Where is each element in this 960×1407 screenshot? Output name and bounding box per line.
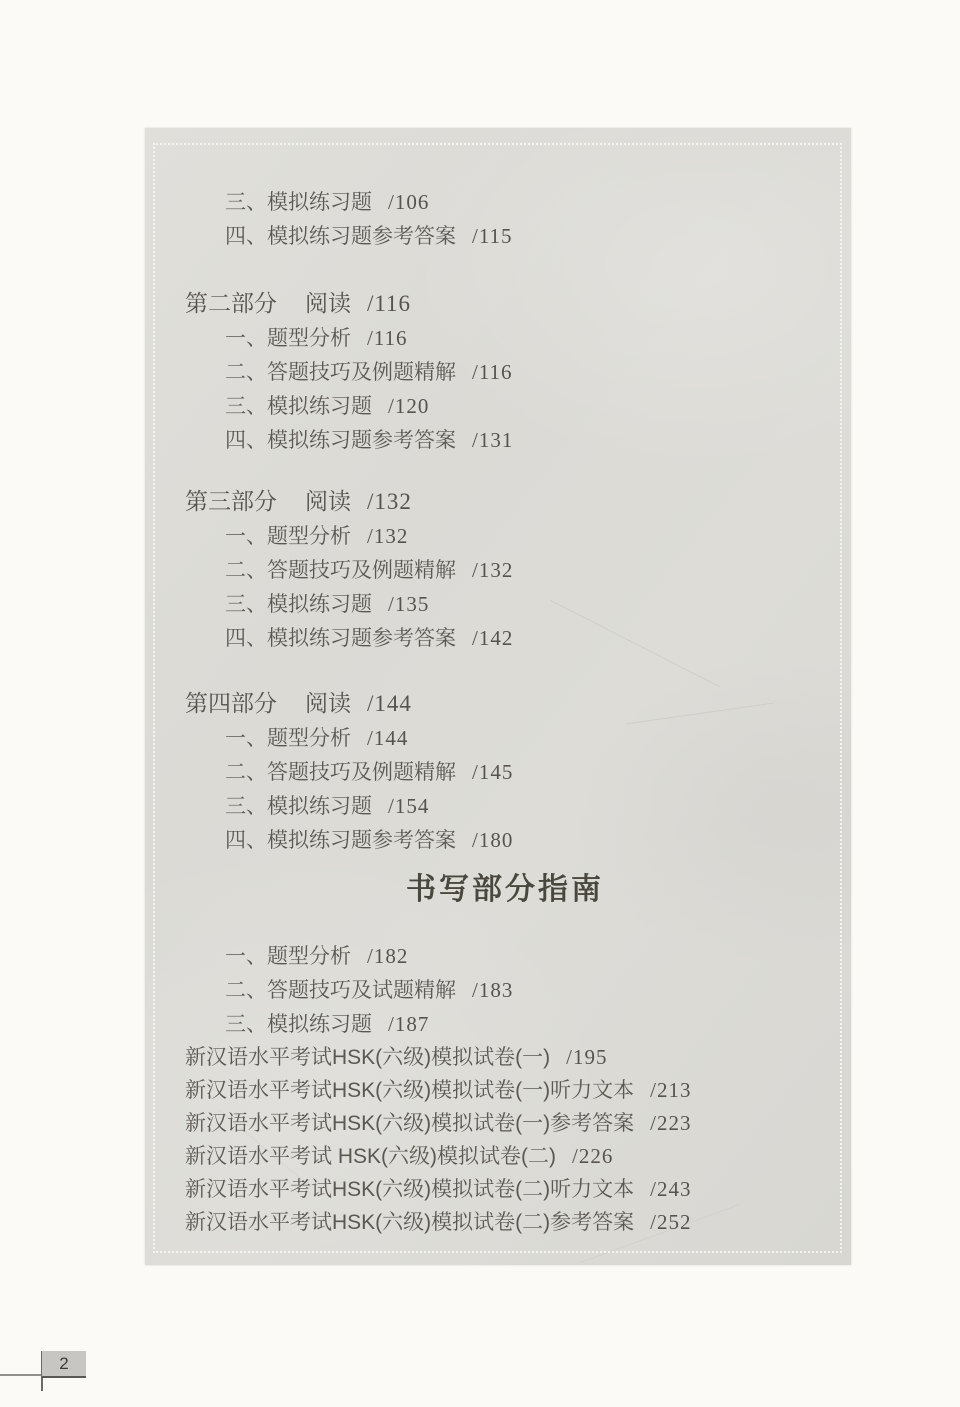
- toc-entry: 新汉语水平考试 HSK(六级)模拟试卷(二)/226: [185, 1140, 825, 1173]
- toc-entry-label: 新汉语水平考试HSK(六级)模拟试卷(一)听力文本: [185, 1079, 634, 1102]
- toc-entry: 三、模拟练习题/154: [185, 789, 825, 823]
- section-title-text: 第三部分: [185, 488, 277, 514]
- toc-entry-label: 二、答题技巧及例题精解: [225, 761, 456, 784]
- toc-entry-page: /252: [650, 1210, 691, 1234]
- toc-entry-label: 四、模拟练习题参考答案: [225, 829, 456, 852]
- toc-entry-label: 新汉语水平考试HSK(六级)模拟试卷(一): [185, 1046, 550, 1069]
- toc-entry-label: 三、模拟练习题: [225, 191, 372, 214]
- toc-entry-label: 四、模拟练习题参考答案: [225, 627, 456, 650]
- toc-entry-page: /116: [472, 360, 513, 384]
- section-title: 第三部分阅读/132: [185, 483, 825, 519]
- toc-entry-page: /144: [367, 726, 408, 750]
- toc-entry-page: /145: [472, 760, 513, 784]
- toc-entry-page: /195: [566, 1045, 607, 1069]
- toc-entry-page: /120: [388, 394, 429, 418]
- toc-entry: 二、答题技巧及例题精解/116: [185, 355, 825, 389]
- toc-entry-label: 二、答题技巧及例题精解: [225, 559, 456, 582]
- toc-entry: 新汉语水平考试HSK(六级)模拟试卷(一)/195: [185, 1041, 825, 1074]
- toc-entry-page: /243: [650, 1177, 691, 1201]
- toc-entry-label: 二、答题技巧及试题精解: [225, 979, 456, 1002]
- toc-entry: 一、题型分析/144: [185, 721, 825, 755]
- section-page: /144: [367, 691, 412, 716]
- section-subtitle: 阅读: [305, 488, 351, 514]
- toc-entry: 四、模拟练习题参考答案/142: [185, 621, 825, 655]
- toc-entry-label: 一、题型分析: [225, 525, 351, 548]
- toc-entry-page: /213: [650, 1078, 691, 1102]
- toc-entry: 三、模拟练习题/120: [185, 389, 825, 423]
- toc-entry: 二、答题技巧及例题精解/132: [185, 553, 825, 587]
- toc-entry: 四、模拟练习题参考答案/115: [185, 219, 825, 253]
- toc-entry-label: 一、题型分析: [225, 945, 351, 968]
- toc-entry-page: /142: [472, 626, 513, 650]
- toc-entry: 新汉语水平考试HSK(六级)模拟试卷(二)听力文本/243: [185, 1173, 825, 1206]
- toc-entry-label: 三、模拟练习题: [225, 593, 372, 616]
- toc-entry: 三、模拟练习题/135: [185, 587, 825, 621]
- section-page: /132: [367, 489, 412, 514]
- toc-entry-page: /226: [572, 1144, 613, 1168]
- toc-entry: 三、模拟练习题/187: [185, 1007, 825, 1041]
- section-page: /116: [367, 291, 411, 316]
- toc-entry: 三、模拟练习题/106: [185, 185, 825, 219]
- toc-entry-label: 三、模拟练习题: [225, 395, 372, 418]
- section-title: 第二部分阅读/116: [185, 285, 825, 321]
- toc-entry-page: /132: [472, 558, 513, 582]
- toc-entry-label: 四、模拟练习题参考答案: [225, 225, 456, 248]
- toc-entry-page: /116: [367, 326, 408, 350]
- toc-entry-label: 三、模拟练习题: [225, 795, 372, 818]
- toc-entry-label: 三、模拟练习题: [225, 1013, 372, 1036]
- toc-entry-page: /131: [472, 428, 513, 452]
- page-number-badge: 2: [42, 1351, 86, 1378]
- toc-entry-label: 四、模拟练习题参考答案: [225, 429, 456, 452]
- toc-entry: 二、答题技巧及例题精解/145: [185, 755, 825, 789]
- toc-entry: 二、答题技巧及试题精解/183: [185, 973, 825, 1007]
- table-of-contents: 三、模拟练习题/106 四、模拟练习题参考答案/115 第二部分阅读/116 一…: [185, 185, 825, 1239]
- toc-entry-page: /182: [367, 944, 408, 968]
- toc-entry: 四、模拟练习题参考答案/131: [185, 423, 825, 457]
- toc-entry-page: /135: [388, 592, 429, 616]
- toc-entry-label: 新汉语水平考试HSK(六级)模拟试卷(二)听力文本: [185, 1178, 634, 1201]
- toc-entry-label: 二、答题技巧及例题精解: [225, 361, 456, 384]
- toc-entry-label: 新汉语水平考试HSK(六级)模拟试卷(二)参考答案: [185, 1211, 634, 1234]
- toc-entry: 新汉语水平考试HSK(六级)模拟试卷(二)参考答案/252: [185, 1206, 825, 1239]
- toc-entry-page: /180: [472, 828, 513, 852]
- toc-entry-label: 新汉语水平考试 HSK(六级)模拟试卷(二): [185, 1145, 556, 1168]
- part-heading: 书写部分指南: [185, 870, 825, 910]
- toc-entry: 一、题型分析/182: [185, 939, 825, 973]
- scanned-page: 三、模拟练习题/106 四、模拟练习题参考答案/115 第二部分阅读/116 一…: [145, 128, 851, 1265]
- toc-entry: 新汉语水平考试HSK(六级)模拟试卷(一)听力文本/213: [185, 1074, 825, 1107]
- section-title: 第四部分阅读/144: [185, 685, 825, 721]
- toc-entry-page: /154: [388, 794, 429, 818]
- toc-entry-label: 一、题型分析: [225, 727, 351, 750]
- section-subtitle: 阅读: [305, 290, 351, 316]
- toc-entry-page: /132: [367, 524, 408, 548]
- toc-entry-label: 新汉语水平考试HSK(六级)模拟试卷(一)参考答案: [185, 1112, 634, 1135]
- toc-entry-page: /223: [650, 1111, 691, 1135]
- toc-entry: 一、题型分析/132: [185, 519, 825, 553]
- toc-entry-label: 一、题型分析: [225, 327, 351, 350]
- toc-entry-page: /187: [388, 1012, 429, 1036]
- toc-entry-page: /115: [472, 224, 513, 248]
- section-title-text: 第二部分: [185, 290, 277, 316]
- toc-entry-page: /183: [472, 978, 513, 1002]
- toc-entry: 新汉语水平考试HSK(六级)模拟试卷(一)参考答案/223: [185, 1107, 825, 1140]
- section-title-text: 第四部分: [185, 690, 277, 716]
- folio-rule-line: [0, 1374, 44, 1376]
- toc-entry: 一、题型分析/116: [185, 321, 825, 355]
- toc-entry: 四、模拟练习题参考答案/180: [185, 823, 825, 857]
- toc-entry-page: /106: [388, 190, 429, 214]
- section-subtitle: 阅读: [305, 690, 351, 716]
